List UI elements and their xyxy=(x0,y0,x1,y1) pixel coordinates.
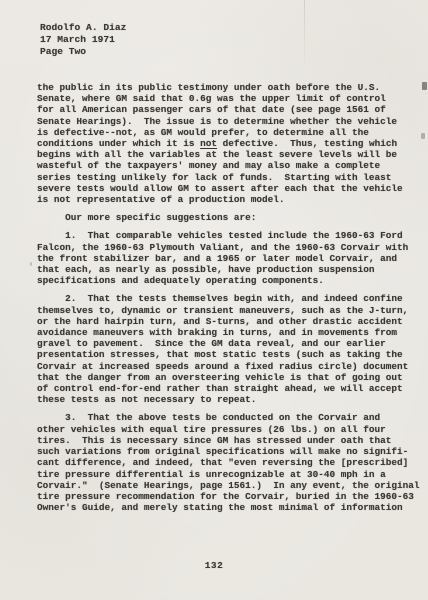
text-line: that each, as nearly as possible, have p… xyxy=(37,264,424,275)
text-segment: cant difference, and indeed, that "even … xyxy=(37,457,408,468)
suggestion-1-paragraph: 1. That comparable vehicles tested inclu… xyxy=(37,230,424,286)
text-segment: severe tests would allow GM to assert af… xyxy=(37,183,403,194)
text-segment: the public in its public testimony under… xyxy=(37,82,380,93)
text-segment: 1. That comparable vehicles tested inclu… xyxy=(37,230,403,241)
text-line: wasteful of the taxpayers' money and may… xyxy=(37,160,424,171)
suggestions-lead: Our more specific suggestions are: xyxy=(37,212,424,223)
text-segment: for all American passenger cars of that … xyxy=(37,104,386,115)
text-segment: Corvair." (Senate Hearings, page 1561.) … xyxy=(37,480,420,491)
text-segment: wasteful of the taxpayers' money and may… xyxy=(37,160,380,171)
text-line: tire pressure differential is unrecogniz… xyxy=(37,469,424,480)
text-line: themselves to, dynamic or transient mane… xyxy=(37,305,424,316)
text-line: 1. That comparable vehicles tested inclu… xyxy=(37,230,424,241)
text-segment: tire pressure recommendation for the Cor… xyxy=(37,491,414,502)
text-segment: defective. Thus, testing which xyxy=(217,138,397,149)
text-segment: these tests as not necessary to repeat. xyxy=(37,394,256,405)
text-line: such variations from original specificat… xyxy=(37,446,424,457)
text-segment: conditions under which it is xyxy=(37,138,200,149)
text-segment: tire pressure differential is unrecogniz… xyxy=(37,469,386,480)
text-line: severe tests would allow GM to assert af… xyxy=(37,183,424,194)
text-segment: Senate Hearings). The issue is to determ… xyxy=(37,116,397,127)
text-line: conditions under which it is not defecti… xyxy=(37,138,424,149)
text-segment: avoidance maneuvers with braking in turn… xyxy=(37,327,397,338)
text-line: or the hard hairpin turn, and S-turns, a… xyxy=(37,316,424,327)
text-segment: Our more specific suggestions are: xyxy=(37,212,256,223)
text-line: 2. That the tests themselves begin with,… xyxy=(37,293,424,304)
text-segment: tires. This is necessary since GM has st… xyxy=(37,435,391,446)
text-line: of control end-for-end rather than strai… xyxy=(37,383,424,394)
text-segment: themselves to, dynamic or transient mane… xyxy=(37,305,408,316)
scan-fold-artifact xyxy=(304,0,305,72)
text-segment: begins with all the variables at the lea… xyxy=(37,149,397,160)
text-segment: Rodolfo A. Diaz xyxy=(40,22,126,33)
text-segment: Corvair at increased speeds around a fix… xyxy=(37,361,408,372)
text-line: begins with all the variables at the lea… xyxy=(37,149,424,160)
document-page: Rodolfo A. Diaz17 March 1971Page Two the… xyxy=(0,0,428,600)
suggestion-3-paragraph: 3. That the above tests be conducted on … xyxy=(37,412,424,513)
text-segment: is defective--not, as GM would prefer, t… xyxy=(37,127,369,138)
text-segment: Owner's Guide, and merely stating the mo… xyxy=(37,502,403,513)
text-line: 3. That the above tests be conducted on … xyxy=(37,412,424,423)
suggestion-2-paragraph: 2. That the tests themselves begin with,… xyxy=(37,293,424,405)
text-segment: or the hard hairpin turn, and S-turns, a… xyxy=(37,316,403,327)
text-segment: is not representative of a production mo… xyxy=(37,194,285,205)
text-segment: specifications and adequately operating … xyxy=(37,275,324,286)
text-line: for all American passenger cars of that … xyxy=(37,104,424,115)
text-segment: Senate, where GM said that 0.6g was the … xyxy=(37,93,386,104)
text-segment: Page Two xyxy=(40,46,86,57)
text-segment: such variations from original specificat… xyxy=(37,446,408,457)
intro-paragraph: the public in its public testimony under… xyxy=(37,82,424,205)
text-line: 17 March 1971 xyxy=(40,34,126,46)
text-segment: that each, as nearly as possible, have p… xyxy=(37,264,375,275)
text-line: Our more specific suggestions are: xyxy=(37,212,424,223)
text-line: Corvair at increased speeds around a fix… xyxy=(37,361,424,372)
text-line: Rodolfo A. Diaz xyxy=(40,22,126,34)
text-segment: other vehicles with equal tire pressures… xyxy=(37,424,386,435)
text-line: tire pressure recommendation for the Cor… xyxy=(37,491,424,502)
text-line: that the danger from an oversteering veh… xyxy=(37,372,424,383)
text-line: other vehicles with equal tire pressures… xyxy=(37,424,424,435)
text-line: tires. This is necessary since GM has st… xyxy=(37,435,424,446)
text-segment: of control end-for-end rather than strai… xyxy=(37,383,403,394)
text-segment: Falcon, the 1960-63 Plymouth Valiant, an… xyxy=(37,242,408,253)
page-number: 132 xyxy=(0,560,428,571)
text-line: Corvair." (Senate Hearings, page 1561.) … xyxy=(37,480,424,491)
text-segment: 2. That the tests themselves begin with,… xyxy=(37,293,403,304)
text-line: Falcon, the 1960-63 Plymouth Valiant, an… xyxy=(37,242,424,253)
text-segment: series testing unlikely for lack of fund… xyxy=(37,172,391,183)
text-line: Senate, where GM said that 0.6g was the … xyxy=(37,93,424,104)
text-line: avoidance maneuvers with braking in turn… xyxy=(37,327,424,338)
text-line: series testing unlikely for lack of fund… xyxy=(37,172,424,183)
text-line: Owner's Guide, and merely stating the mo… xyxy=(37,502,424,513)
text-line: Page Two xyxy=(40,46,126,58)
text-line: these tests as not necessary to repeat. xyxy=(37,394,424,405)
underlined-word: not xyxy=(200,138,217,149)
letter-header: Rodolfo A. Diaz17 March 1971Page Two xyxy=(40,22,126,58)
text-line: is defective--not, as GM would prefer, t… xyxy=(37,127,424,138)
text-segment: presentation stresses, that most static … xyxy=(37,349,403,360)
text-line: Senate Hearings). The issue is to determ… xyxy=(37,116,424,127)
text-line: the front stabilizer bar, and a 1965 or … xyxy=(37,253,424,264)
scan-speck xyxy=(30,262,32,266)
text-line: the public in its public testimony under… xyxy=(37,82,424,93)
text-line: gravel to pavement. Since the GM data re… xyxy=(37,338,424,349)
text-segment: the front stabilizer bar, and a 1965 or … xyxy=(37,253,397,264)
text-line: specifications and adequately operating … xyxy=(37,275,424,286)
letter-body: the public in its public testimony under… xyxy=(37,82,424,513)
text-segment: 17 March 1971 xyxy=(40,34,115,45)
text-segment: gravel to pavement. Since the GM data re… xyxy=(37,338,386,349)
text-line: is not representative of a production mo… xyxy=(37,194,424,205)
text-segment: 3. That the above tests be conducted on … xyxy=(37,412,380,423)
text-segment: that the danger from an oversteering veh… xyxy=(37,372,403,383)
text-line: cant difference, and indeed, that "even … xyxy=(37,457,424,468)
text-line: presentation stresses, that most static … xyxy=(37,349,424,360)
